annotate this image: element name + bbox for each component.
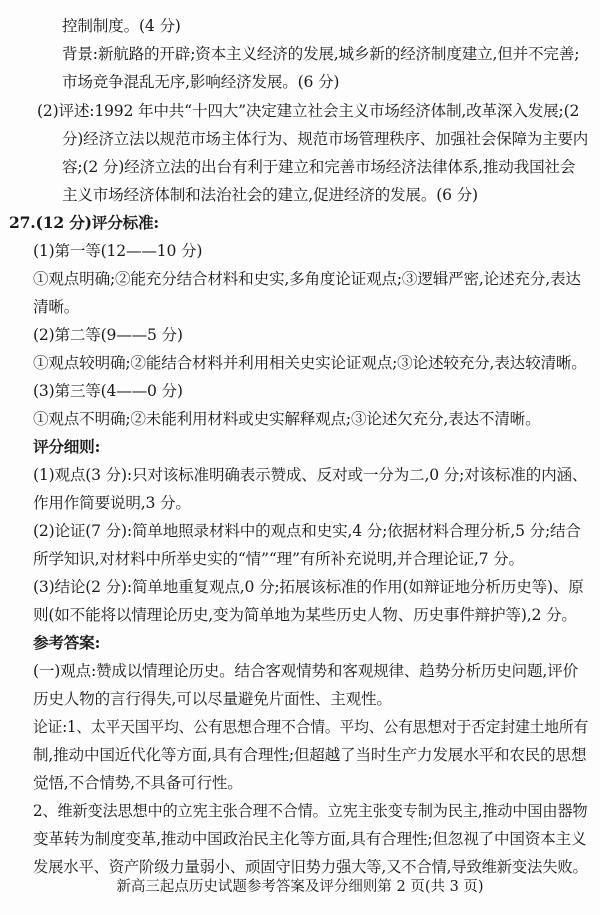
text-line: 历史人物的言行得失,可以尽量避免片面性、主观性。 — [33, 689, 392, 709]
section-heading: 评分细则: — [33, 437, 100, 457]
text-line: 制,推动中国近代化等方面,具有合理性;但超越了当时生产力发展水平和农民的思想 — [33, 745, 586, 765]
text-line: (3)第三等(4——0 分) — [33, 381, 183, 401]
text-line: (2)评述:1992 年中共“十四大”决定建立社会主义市场经济体制,改革深入发展… — [37, 101, 579, 121]
text-line: 变革转为制度变革,推动中国政治民主化等方面,具有合理性;但忽视了中国资本主义 — [33, 829, 586, 849]
section-heading: 参考答案: — [33, 633, 100, 653]
text-line: 容;(2 分)经济立法的出台有利于建立和完善市场经济法律体系,推动我国社会 — [62, 157, 575, 177]
section-heading: 27.(12 分)评分标准: — [9, 213, 159, 233]
text-line: ①观点明确;②能充分结合材料和史实,多角度论证观点;③逻辑严密,论述充分,表达 — [33, 269, 581, 289]
text-line: 论证:1、太平天国平均、公有思想合理不合情。平均、公有思想对于否定封建土地所有 — [33, 717, 588, 737]
text-line: 所学知识,对材料中所举史实的“情”“理”有所补充说明,并合理论证,7 分。 — [33, 549, 524, 569]
text-line: (2)论证(7 分):简单地照录材料中的观点和史实,4 分;依据材料合理分析,5… — [33, 521, 581, 541]
text-line: 控制制度。(4 分) — [62, 16, 181, 36]
text-line: 主义市场经济体制和法治社会的建立,促进经济的发展。(6 分) — [62, 185, 478, 205]
text-line: ①观点较明确;②能结合材料并利用相关史实论证观点;③论述较充分,表达较清晰。 — [33, 353, 587, 373]
text-line: ①观点不明确;②未能利用材料或史实解释观点;③论述欠充分,表达不清晰。 — [33, 409, 540, 429]
text-line: 作用作简要说明,3 分。 — [33, 493, 191, 513]
text-line: 市场竞争混乱无序,影响经济发展。(6 分) — [62, 72, 339, 92]
text-line: (1)观点(3 分):只对该标准明确表示赞成、反对或一分为二,0 分;对该标准的… — [33, 465, 587, 485]
text-line: (一)观点:赞成以情理论历史。结合客观情势和客观规律、趋势分析历史问题,评价 — [33, 661, 578, 681]
text-line: 2、维新变法思想中的立宪主张合理不合情。立宪主张变专制为民主,推动中国由器物 — [33, 801, 587, 821]
text-line: (3)结论(2 分):简单地重复观点,0 分;拓展该标准的作用(如辩证地分析历史… — [33, 577, 584, 597]
document-page: 控制制度。(4 分)背景:新航路的开辟;资本主义经济的发展,城乡新的经济制度建立… — [0, 0, 600, 915]
text-line: 分)经济立法以规范市场主体行为、规范市场管理秩序、加强社会保障为主要内 — [62, 129, 588, 149]
text-line: 背景:新航路的开辟;资本主义经济的发展,城乡新的经济制度建立,但并不完善; — [62, 44, 579, 64]
text-line: 则(如不能将以情理论历史,变为简单地为某些历史人物、历史事件辩护等),2 分。 — [33, 605, 577, 625]
text-line: (2)第二等(9——5 分) — [33, 325, 183, 345]
text-line: (1)第一等(12——10 分) — [33, 241, 202, 261]
text-line: 发展水平、资产阶级力量弱小、顽固守旧势力强大等,又不合情,导致维新变法失败。 — [33, 857, 588, 877]
text-line: 清晰。 — [33, 297, 79, 317]
text-line: 觉悟,不合情势,不具备可行性。 — [33, 773, 243, 793]
page-footer: 新高三起点历史试题参考答案及评分细则第 2 页(共 3 页) — [0, 877, 600, 897]
